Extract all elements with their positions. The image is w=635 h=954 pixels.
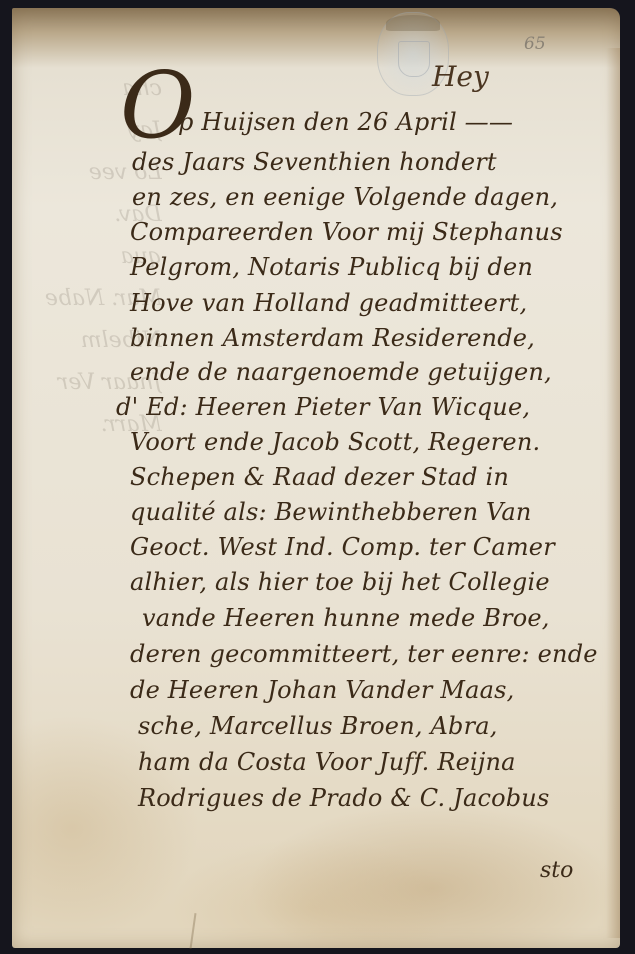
text-line: en zes, en eenige Volgende dagen, xyxy=(132,183,558,211)
text-line: Rodrigues de Prado & C. Jacobus xyxy=(138,784,549,812)
text-line: Voort ende Jacob Scott, Regeren. xyxy=(130,428,540,456)
catchword: sto xyxy=(540,858,573,883)
text-line: vande Heeren hunne mede Broe, xyxy=(142,604,550,632)
text-line: binnen Amsterdam Residerende, xyxy=(130,324,535,352)
text-line: Compareerden Voor mij Stephanus xyxy=(130,218,563,246)
text-line: ham da Costa Voor Juff. Reijna xyxy=(138,748,516,776)
text-line: qualité als: Bewinthebberen Van xyxy=(130,498,532,526)
text-line: sche, Marcellus Broen, Abra, xyxy=(138,712,498,740)
text-line: Schepen & Raad dezer Stad in xyxy=(130,463,509,491)
text-line: p Huijsen den 26 April —— xyxy=(178,108,513,136)
manuscript-page: 65 cha Jay Lo vee Dav. qua Mar. Nabe Nib… xyxy=(12,8,620,948)
text-line: Hove van Holland geadmitteert, xyxy=(130,289,527,317)
text-line: alhier, als hier toe bij het Collegie xyxy=(130,568,550,596)
text-line: Pelgrom, Notaris Publicq bij den xyxy=(130,253,533,281)
manuscript-text: p Huijsen den 26 April —— des Jaars Seve… xyxy=(12,8,620,948)
text-line: de Heeren Johan Vander Maas, xyxy=(130,676,515,704)
text-line: des Jaars Seventhien hondert xyxy=(132,148,497,176)
text-line: ende de naargenoemde getuijgen, xyxy=(130,358,552,386)
text-line: Geoct. West Ind. Comp. ter Camer xyxy=(130,533,555,561)
text-line: deren gecommitteert, ter eenre: ende xyxy=(130,640,598,668)
text-line: d' Ed: Heeren Pieter Van Wicque, xyxy=(116,393,530,421)
